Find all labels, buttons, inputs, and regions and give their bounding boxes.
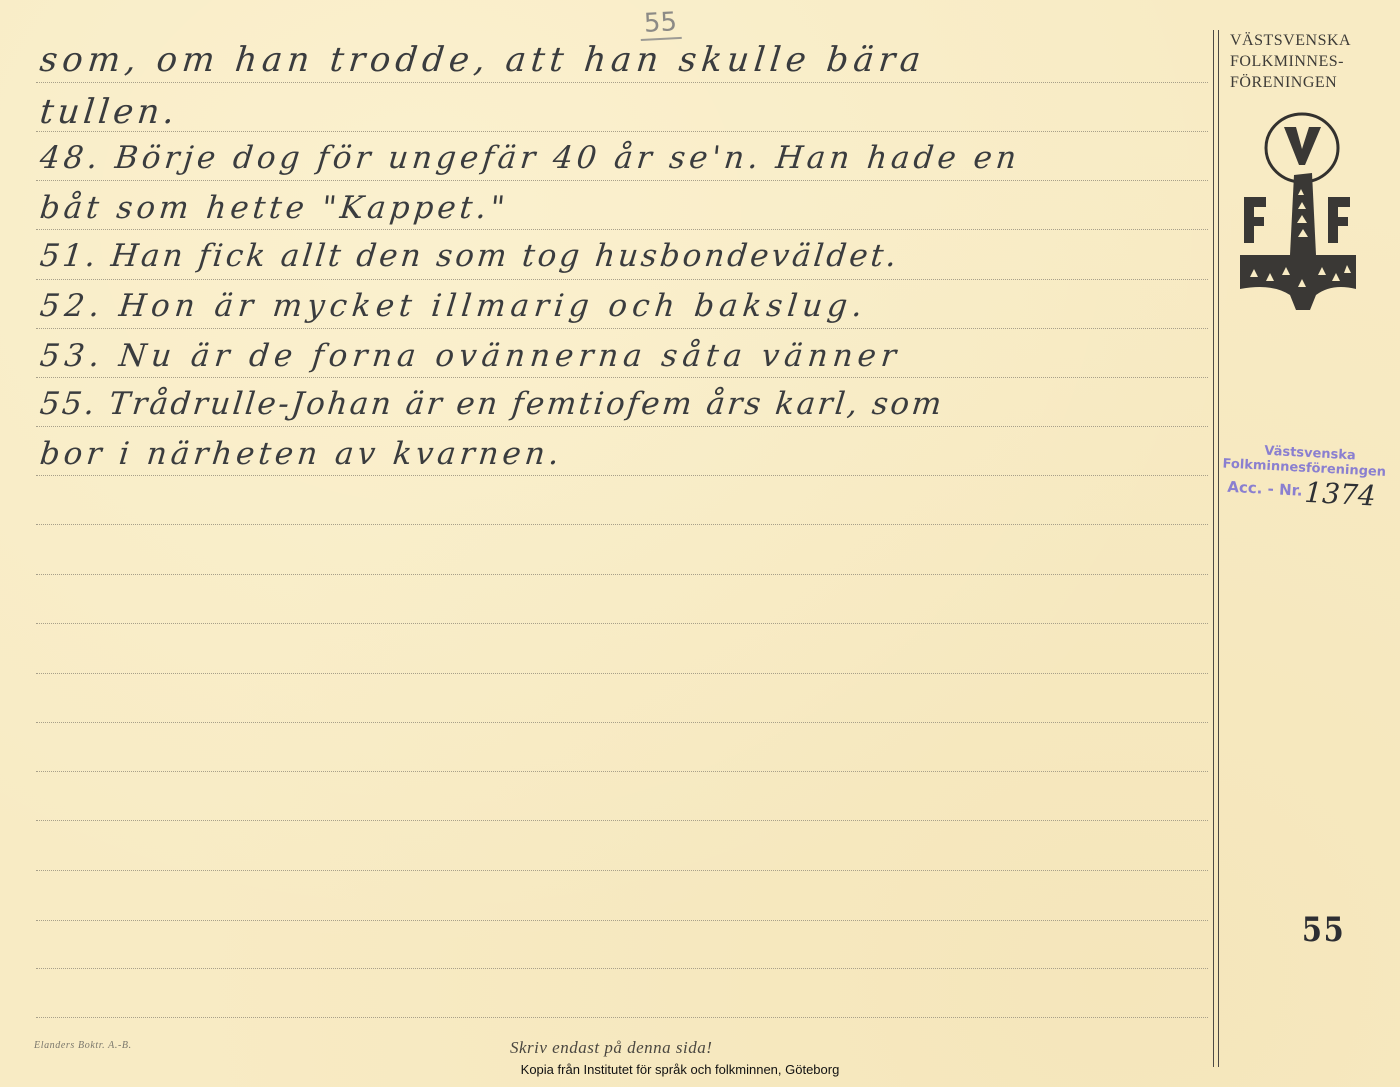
handwritten-line: 55. Trådrulle-Johan är en femtiofem års …	[38, 386, 945, 422]
vff-thors-hammer-logo-icon	[1232, 105, 1364, 320]
org-name-line: FOLKMINNES-	[1230, 51, 1390, 72]
ruled-line	[36, 82, 1208, 83]
ruled-line	[36, 1017, 1208, 1018]
write-instruction: Skriv endast på denna sida!	[510, 1038, 712, 1058]
org-name-line: VÄSTSVENSKA	[1230, 30, 1390, 51]
handwritten-line: tullen.	[38, 92, 180, 132]
ruled-line	[36, 524, 1208, 525]
printer-imprint: Elanders Boktr. A.-B.	[34, 1040, 132, 1051]
ruled-line	[36, 377, 1208, 378]
ruled-line	[36, 131, 1208, 132]
accession-number: 1374	[1304, 476, 1377, 513]
margin-rule-right	[1218, 30, 1219, 1067]
handwritten-line: 53. Nu är de forna ovännerna såta vänner	[38, 338, 903, 374]
handwritten-line: båt som hette "Kappet."	[38, 190, 510, 226]
margin-rule-left	[1213, 30, 1214, 1067]
ruled-line	[36, 229, 1208, 230]
handwritten-line: 51. Han fick allt den som tog husbondevä…	[38, 238, 901, 274]
page-number: 55	[1302, 910, 1346, 950]
handwritten-line: som, om han trodde, att han skulle bära	[38, 40, 927, 80]
ruled-line	[36, 870, 1208, 871]
ruled-line	[36, 574, 1208, 575]
ruled-line	[36, 475, 1208, 476]
ruled-line	[36, 968, 1208, 969]
ruled-line	[36, 623, 1208, 624]
copyright-notice: Kopia från Institutet för språk och folk…	[0, 1062, 1400, 1077]
ruled-line	[36, 722, 1208, 723]
ruled-line	[36, 279, 1208, 280]
handwritten-line: bor i närheten av kvarnen.	[38, 436, 565, 472]
ruled-line	[36, 920, 1208, 921]
ruled-line	[36, 180, 1208, 181]
org-name-line: FÖRENINGEN	[1230, 72, 1390, 93]
ruled-line	[36, 771, 1208, 772]
handwritten-line: 48. Börje dog för ungefär 40 år se'n. Ha…	[38, 140, 1022, 176]
accession-stamp: Västsvenska Folkminnesföreningen Acc. - …	[1216, 441, 1400, 513]
handwritten-line: 52. Hon är mycket illmarig och bakslug.	[38, 288, 869, 324]
org-name: VÄSTSVENSKA FOLKMINNES- FÖRENINGEN	[1230, 30, 1390, 93]
ruled-line	[36, 673, 1208, 674]
pencil-page-number: 55	[639, 7, 682, 41]
ruled-line	[36, 328, 1208, 329]
ruled-line	[36, 820, 1208, 821]
ruled-line	[36, 426, 1208, 427]
stamp-accession-label: Acc. - Nr.	[1227, 478, 1303, 500]
